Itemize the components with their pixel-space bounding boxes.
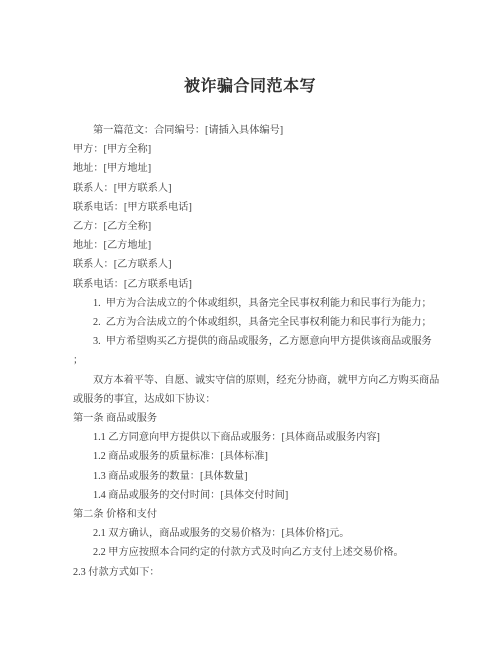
contract-line: 联系电话：[甲方联系电话] — [73, 198, 460, 217]
contract-line: 2.2 甲方应按照本合同约定的付款方式及时向乙方支付上述交易价格。 — [73, 543, 460, 562]
contract-line: 甲方：[甲方全称] — [73, 140, 460, 159]
contract-line: 双方本着平等、自愿、诚实守信的原则，经充分协商，就甲方向乙方购买商品 — [73, 371, 460, 390]
document-title: 被诈骗合同范本写 — [0, 0, 500, 95]
contract-line: 第二条 价格和支付 — [73, 505, 460, 524]
contract-line: 1.1 乙方同意向甲方提供以下商品或服务：[具体商品或服务内容] — [73, 428, 460, 447]
contract-line: 第一篇范文：合同编号：[请插入具体编号] — [73, 121, 460, 140]
contract-line: 地址：[乙方地址] — [73, 236, 460, 255]
contract-line: 联系人：[甲方联系人] — [73, 179, 460, 198]
contract-line: 3. 甲方希望购买乙方提供的商品或服务，乙方愿意向甲方提供该商品或服务 — [73, 332, 460, 351]
contract-line: 2.1 双方确认，商品或服务的交易价格为：[具体价格]元。 — [73, 524, 460, 543]
contract-line: 乙方：[乙方全称] — [73, 217, 460, 236]
contract-line: ； — [73, 351, 460, 370]
contract-line: 地址：[甲方地址] — [73, 159, 460, 178]
contract-line: 联系电话：[乙方联系电话] — [73, 275, 460, 294]
contract-line: 第一条 商品或服务 — [73, 409, 460, 428]
contract-line: 2. 乙方为合法成立的个体或组织，具备完全民事权利能力和民事行为能力； — [73, 313, 460, 332]
contract-line: 1.2 商品或服务的质量标准：[具体标准] — [73, 447, 460, 466]
contract-line: 1.4 商品或服务的交付时间：[具体交付时间] — [73, 486, 460, 505]
contract-line: 联系人：[乙方联系人] — [73, 255, 460, 274]
document-body: 第一篇范文：合同编号：[请插入具体编号]甲方：[甲方全称]地址：[甲方地址]联系… — [0, 121, 500, 582]
contract-line: 1. 甲方为合法成立的个体或组织，具备完全民事权利能力和民事行为能力； — [73, 294, 460, 313]
contract-line: 1.3 商品或服务的数量：[具体数量] — [73, 467, 460, 486]
contract-line: 或服务的事宜，达成如下协议： — [73, 390, 460, 409]
contract-line: 2.3 付款方式如下： — [73, 563, 460, 582]
document-page: 被诈骗合同范本写 第一篇范文：合同编号：[请插入具体编号]甲方：[甲方全称]地址… — [0, 0, 500, 647]
